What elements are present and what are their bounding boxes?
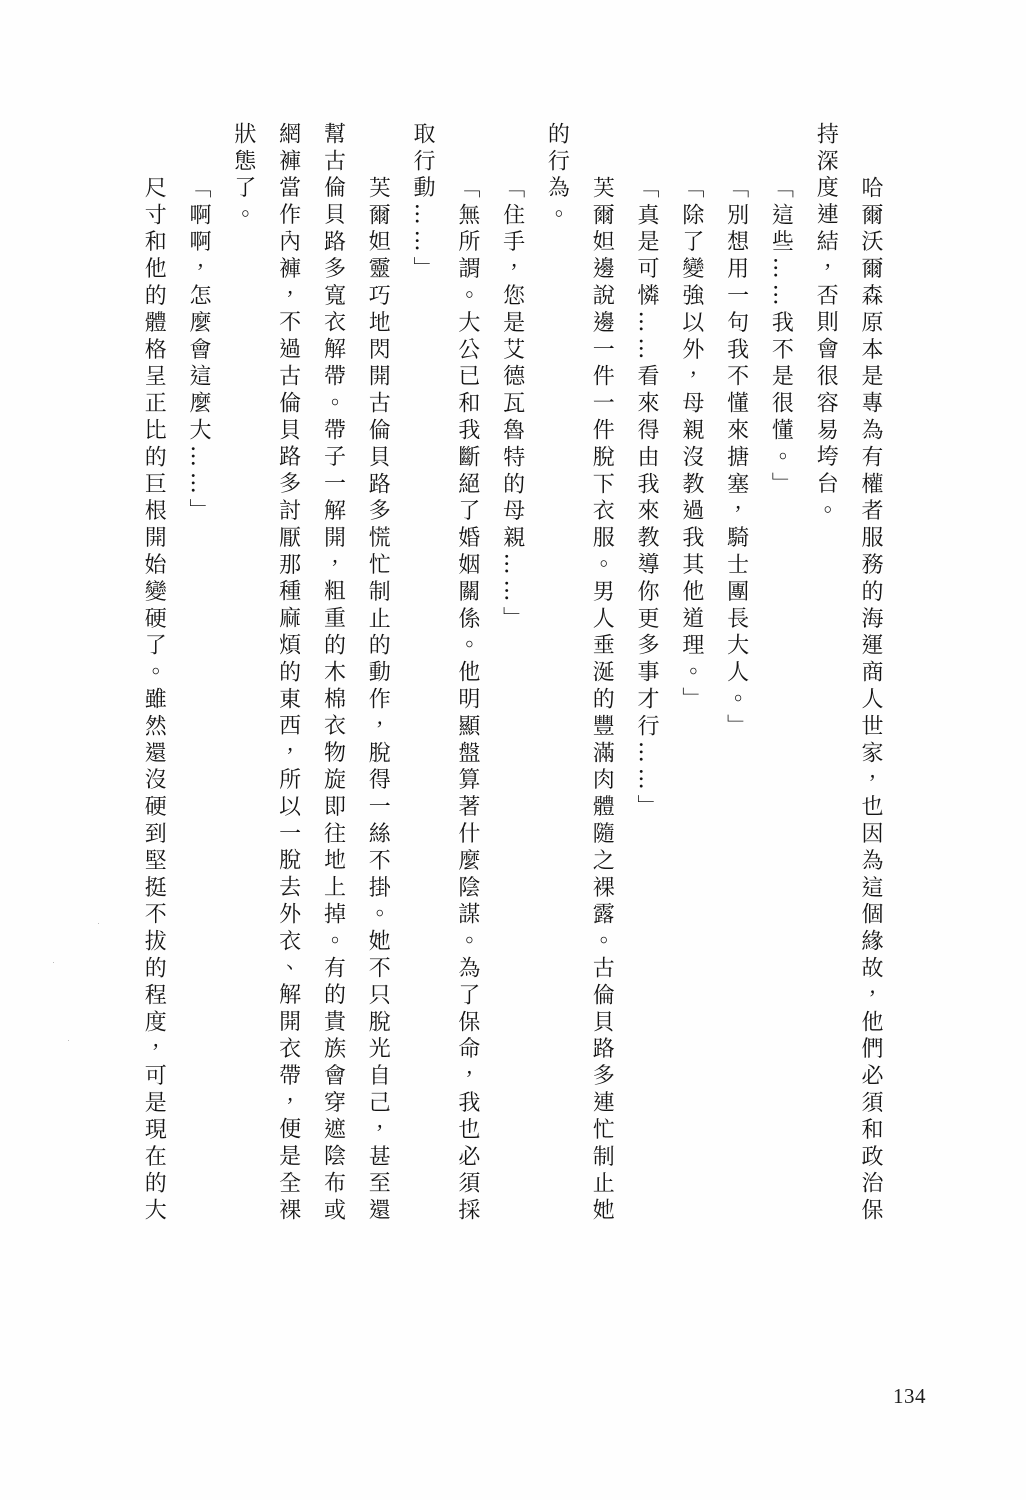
vertical-text-body: 哈爾沃爾森原本是專為有權者服務的海運商人世家，也因為這個緣故，他們必須和政治保 … [130, 122, 892, 1225]
text-column: 「別想用一句我不懂來搪塞，騎士團長大人。」 [713, 122, 758, 1225]
text-column: 幫古倫貝路多寬衣解帶。帶子一解開，粗重的木棉衣物旋即往地上掉。有的貴族會穿遮陰布… [310, 122, 355, 1225]
text-column: 網褲當作內褲，不過古倫貝路多討厭那種麻煩的東西，所以一脫去外衣、解開衣帶，便是全… [265, 122, 310, 1225]
paragraph-narration: 芙爾妲靈巧地閃開古倫貝路多慌忙制止的動作，脫得一絲不掛。她不只脫光自己，甚至還 … [220, 122, 399, 1225]
paragraph-narration: 尺寸和他的體格呈正比的巨根開始變硬了。雖然還沒硬到堅挺不拔的程度，可是現在的大 [130, 122, 175, 1225]
scan-speck [98, 923, 99, 924]
text-column: 哈爾沃爾森原本是專為有權者服務的海運商人世家，也因為這個緣故，他們必須和政治保 [847, 122, 892, 1225]
text-column: 狀態了。 [220, 122, 265, 1225]
text-column: 尺寸和他的體格呈正比的巨根開始變硬了。雖然還沒硬到堅挺不拔的程度，可是現在的大 [130, 122, 175, 1225]
text-column: 芙爾妲靈巧地閃開古倫貝路多慌忙制止的動作，脫得一絲不掛。她不只脫光自己，甚至還 [354, 122, 399, 1225]
text-column: 取行動……」 [399, 122, 444, 1225]
scan-speck [53, 962, 54, 963]
text-column: 「這些……我不是很懂。」 [758, 122, 803, 1225]
text-column: 「除了變強以外，母親沒教過我其他道理。」 [668, 122, 713, 1225]
paragraph-dialogue: 「別想用一句我不懂來搪塞，騎士團長大人。」 [713, 122, 758, 1225]
paragraph-narration: 哈爾沃爾森原本是專為有權者服務的海運商人世家，也因為這個緣故，他們必須和政治保 … [802, 122, 892, 1225]
text-column: 芙爾妲邊說邊一件一件脫下衣服。男人垂涎的豐滿肉體隨之裸露。古倫貝路多連忙制止她 [578, 122, 623, 1225]
text-column: 「無所謂。大公已和我斷絕了婚姻關係。他明顯盤算著什麼陰謀。為了保命，我也必須採 [444, 122, 489, 1225]
scan-speck [68, 1040, 69, 1041]
text-column: 「啊啊，怎麼會這麼大……」 [175, 122, 220, 1225]
text-column: 的行為。 [534, 122, 579, 1225]
paragraph-dialogue: 「真是可憐……看來得由我來教導你更多事才行……」 [623, 122, 668, 1225]
page-number: 134 [893, 1384, 926, 1409]
text-column: 「住手，您是艾德瓦魯特的母親……」 [489, 122, 534, 1225]
text-column: 「真是可憐……看來得由我來教導你更多事才行……」 [623, 122, 668, 1225]
text-column: 持深度連結，否則會很容易垮台。 [802, 122, 847, 1225]
paragraph-narration: 芙爾妲邊說邊一件一件脫下衣服。男人垂涎的豐滿肉體隨之裸露。古倫貝路多連忙制止她 … [534, 122, 624, 1225]
paragraph-dialogue: 「住手，您是艾德瓦魯特的母親……」 [489, 122, 534, 1225]
paragraph-dialogue: 「啊啊，怎麼會這麼大……」 [175, 122, 220, 1225]
paragraph-dialogue: 「這些……我不是很懂。」 [758, 122, 803, 1225]
paragraph-dialogue: 「無所謂。大公已和我斷絕了婚姻關係。他明顯盤算著什麼陰謀。為了保命，我也必須採 … [399, 122, 489, 1225]
paragraph-dialogue: 「除了變強以外，母親沒教過我其他道理。」 [668, 122, 713, 1225]
